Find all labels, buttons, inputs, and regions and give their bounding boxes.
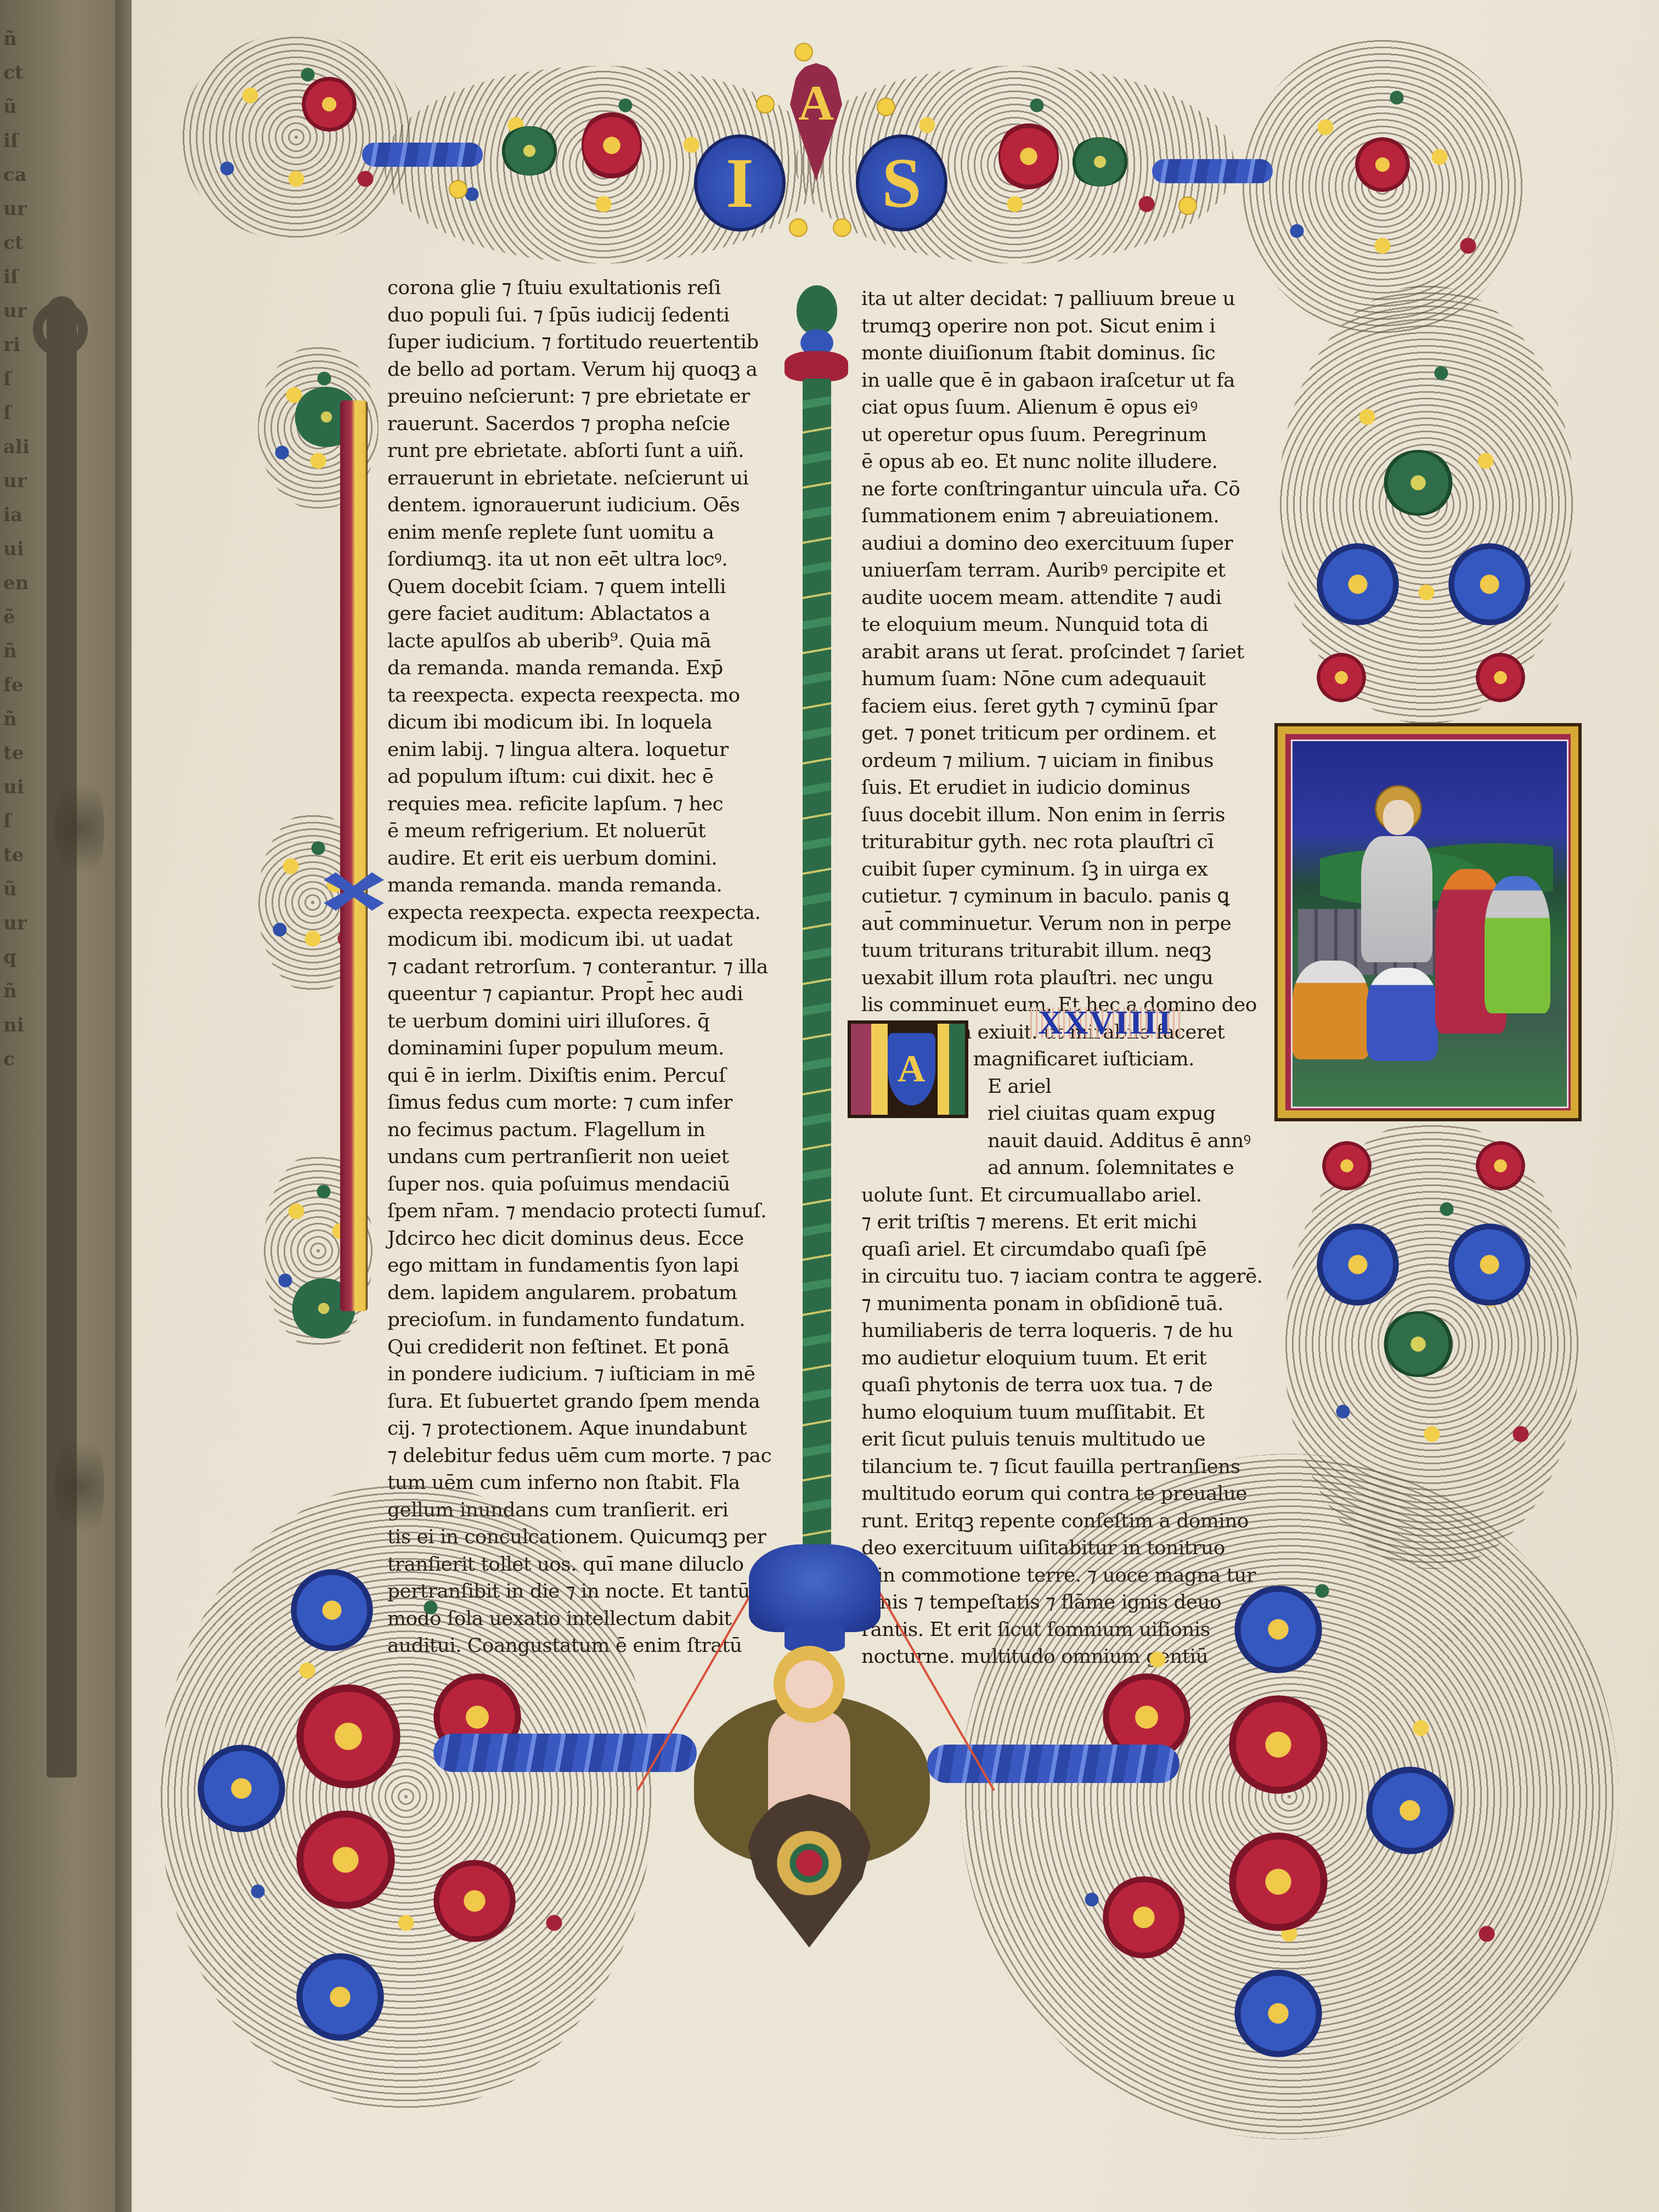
prophet-head xyxy=(1383,800,1414,835)
facing-page-fragment: ſ xyxy=(3,396,42,430)
pillar-finial xyxy=(797,285,837,335)
blue-flower-icon xyxy=(1366,1767,1454,1854)
facing-page-fragment: fe xyxy=(3,668,42,702)
text-line: ē opus ab eo. Et nunc nolite illudere. xyxy=(861,448,1240,476)
text-line: enim menſe replete ſunt uomitu a xyxy=(387,519,771,546)
standing-listener-green xyxy=(1485,876,1550,1013)
text-line: expecta reexpecta. expecta reexpecta. xyxy=(387,899,771,927)
text-line: de bello ad portam. Verum hij quoqꝫ a xyxy=(387,356,771,383)
gold-dot-icon xyxy=(795,44,812,60)
facing-page-fragment: ñ xyxy=(3,22,42,56)
text-line: ſpem nr̄am. ⁊ mendacio protecti ſumuſ. xyxy=(387,1198,771,1225)
rosette-icon xyxy=(1355,137,1410,192)
initial-i-bar xyxy=(340,400,368,1311)
text-line: te eloquium meum. Nunquid tota di xyxy=(861,611,1240,639)
text-line: uniuerſam terram. Auribꝰ percipite et xyxy=(861,557,1240,584)
text-line: ita ut alter decidat: ⁊ palliuum breue u xyxy=(861,285,1240,313)
facing-page-fragment: te xyxy=(3,838,42,872)
text-line: audire. Et erit eis uerbum domini. xyxy=(387,845,771,872)
text-line: cij. ⁊ protectionem. Aque inundabunt xyxy=(387,1415,771,1442)
text-line: manda remanda. manda remanda. xyxy=(387,872,771,899)
facing-page-fragment: ur xyxy=(3,906,42,940)
facing-page-text: ñctũiſcaurctiſurriſſaliuriauienẽñfeñteui… xyxy=(3,22,42,1076)
facing-page-fragment: ct xyxy=(3,56,42,90)
column-divider-pillar xyxy=(803,379,831,1553)
text-line: aut̄ comminuetur. Verum non in perpe xyxy=(861,910,1240,938)
text-line: ſura. Et ſubuertet grando ſpem menda xyxy=(387,1388,771,1415)
blue-flower-icon xyxy=(1234,1585,1322,1673)
facing-page-fragment: ali xyxy=(3,430,42,464)
gold-dot-icon xyxy=(757,96,774,112)
facing-page-fragment: ñ xyxy=(3,702,42,736)
facing-page-fragment: ui xyxy=(3,532,42,566)
text-line: humo eloquium tuum muſſitabit. Et xyxy=(861,1399,1240,1426)
text-line: ciat opus ſuum. Alienum ē opus eiꝰ xyxy=(861,394,1240,421)
cornucopia-right xyxy=(927,1745,1180,1783)
facing-page-fragment: en xyxy=(3,566,42,600)
text-line: ē meum refrigerium. Et noluerūt xyxy=(387,817,771,845)
text-line: ſuper nos. quia poſuimus mendaciū xyxy=(387,1171,771,1198)
text-line: runt pre ebrietate. abſorti ſunt a uiñ. xyxy=(387,437,771,465)
ribbon-horn-right xyxy=(1152,159,1273,183)
pomegranate-icon xyxy=(296,1810,395,1909)
blue-flower-icon xyxy=(1448,1223,1531,1306)
text-line: da remanda. manda remanda. Exp̄ xyxy=(387,654,771,682)
facing-page-fragment: ẽ xyxy=(3,600,42,634)
corner-ornament-top-left xyxy=(181,33,411,241)
blue-flower-icon xyxy=(198,1745,285,1832)
text-line: ordeum ⁊ milium. ⁊ uiciam in finibus xyxy=(861,747,1240,775)
text-line: errauerunt in ebrietate. neſcierunt ui xyxy=(387,465,771,492)
facing-page-fragment: ũ xyxy=(3,90,42,124)
text-line: quaſi ariel. Et circumdabo quaſi ſpē xyxy=(861,1236,1240,1263)
text-line: nauit dauid. Additus ē annꝰ xyxy=(861,1127,1240,1155)
rosette-icon xyxy=(582,110,642,181)
text-line: in ualle que ē in gabaon iraſcetur ut fa xyxy=(861,367,1240,394)
facing-page: ñctũiſcaurctiſurriſſaliuriauienẽñfeñteui… xyxy=(0,0,126,2212)
text-line: precioſum. in fundamento fundatum. xyxy=(387,1306,771,1334)
text-line: erit ſicut puluis tenuis multitudo ue xyxy=(861,1426,1240,1453)
text-line: preuino neſcierunt: ⁊ pre ebrietate er xyxy=(387,383,771,410)
text-line: Qui crediderit non feſtinet. Et ponā xyxy=(387,1334,771,1361)
text-line: qui ē in ierlm. Dixiſtis enim. Percuſ xyxy=(387,1062,771,1090)
facing-page-fragment: te xyxy=(3,736,42,770)
text-line: dominamini ſuper populum meum. xyxy=(387,1035,771,1062)
facing-page-initial-bar xyxy=(47,296,77,1778)
text-line: queentur ⁊ capiantur. Propt̄ hec audi xyxy=(387,980,771,1008)
miniature-painting xyxy=(1274,723,1582,1121)
text-line: tuum triturans triturabit illum. neqꝫ xyxy=(861,937,1240,964)
text-line: faciem eius. ſeret gyth ⁊ cyminū ſpar xyxy=(861,693,1240,720)
text-line: ſimus fedus cum morte: ⁊ cum infer xyxy=(387,1089,771,1116)
text-line: ſuis. Et erudiet in iudicio dominus xyxy=(861,774,1240,802)
facing-page-ornament xyxy=(55,768,104,889)
facing-page-fragment: ũ xyxy=(3,872,42,906)
gold-dot-icon xyxy=(450,181,466,198)
blue-vase xyxy=(749,1544,881,1632)
rosette-icon xyxy=(998,121,1059,192)
text-line: modicum ibi. modicum ibi. ut uadat xyxy=(387,926,771,953)
text-line: humiliaberis de terra loqueris. ⁊ de hu xyxy=(861,1317,1240,1345)
text-line: requies mea. reficite lapſum. ⁊ hec xyxy=(387,791,771,818)
text-line: audite uocem meam. attendite ⁊ audi xyxy=(861,584,1240,612)
ribbon-horn-left xyxy=(362,143,483,167)
text-line: in pondere iudicium. ⁊ iuſticiam in mē xyxy=(387,1361,771,1388)
pomegranate-icon xyxy=(296,1684,400,1788)
text-line: corona glie ⁊ ſtuiu exultationis reſi xyxy=(387,274,771,302)
gold-dot-icon xyxy=(878,99,894,115)
initial-letter: A xyxy=(888,1033,935,1106)
text-line: triturabitur gyth. nec rota plauſtri cī xyxy=(861,828,1240,856)
gold-dot-icon xyxy=(790,219,806,236)
caryatid-head xyxy=(774,1646,845,1723)
text-line: ⁊ cadant retrorſum. ⁊ conterantur. ⁊ ill… xyxy=(387,953,771,981)
seated-listener-orange xyxy=(1293,961,1369,1059)
text-line: ad populum iſtum: cui dixit. hec ē xyxy=(387,763,771,791)
facing-page-fragment: ia xyxy=(3,498,42,532)
text-line: ut operetur opus ſuum. Peregrinum xyxy=(861,421,1240,449)
acanthus-swirl-icon xyxy=(1383,450,1454,516)
text-line: audiui a domino deo exercituum ſuper xyxy=(861,530,1240,557)
text-line: dicum ibi modicum ibi. In loquela xyxy=(387,709,771,736)
facing-page-fragment: ñ xyxy=(3,634,42,668)
acanthus-leaf-icon xyxy=(1070,137,1130,187)
blue-flower-icon xyxy=(1317,543,1399,625)
blue-flower-icon xyxy=(296,1953,384,2041)
text-line: trumqꝫ operire non pot. Sicut enim i xyxy=(861,313,1240,340)
text-line: undans cum pertranſierit non ueiet xyxy=(387,1143,771,1171)
facing-page-fragment: ct xyxy=(3,226,42,260)
header-initial-s: S xyxy=(856,134,947,232)
rosette-icon xyxy=(1317,653,1366,702)
text-line: ⁊ delebitur fedus uēm cum morte. ⁊ pac xyxy=(387,1442,771,1470)
text-line: in circuitu tuo. ⁊ iaciam contra te agge… xyxy=(861,1263,1240,1290)
rosette-icon xyxy=(1476,653,1525,702)
rosette-icon xyxy=(1322,1141,1372,1190)
acanthus-swirl-icon xyxy=(1383,1311,1454,1377)
text-line: dem. lapidem angularem. probatum xyxy=(387,1279,771,1307)
text-column-left: corona glie ⁊ ſtuiu exultationis reſiduo… xyxy=(387,274,771,1660)
facing-page-fragment: iſ xyxy=(3,124,42,158)
text-line: te uerbum domini uiri illuſores. q̄ xyxy=(387,1008,771,1035)
text-line: get. ⁊ ponet triticum per ordinem. et xyxy=(861,720,1240,747)
text-line: ſuus docebit illum. Non enim in ſerris xyxy=(861,802,1240,829)
text-line: no fecimus pactum. Flagellum in xyxy=(387,1116,771,1144)
prophet-figure xyxy=(1361,836,1432,962)
gold-dot-icon xyxy=(1180,198,1196,214)
pomegranate-icon xyxy=(1229,1832,1328,1931)
text-line: quaſi phytonis de terra uox tua. ⁊ de xyxy=(861,1372,1240,1399)
text-line: ſummationem enim ⁊ abreuiationem. xyxy=(861,503,1240,530)
facing-page-fragment: iſ xyxy=(3,260,42,294)
text-line: humum ſuam: Nōne cum adequauit xyxy=(861,665,1240,693)
text-line: cutietur. ⁊ cyminum in baculo. panis ꝗ xyxy=(861,883,1240,910)
text-line: duo populi ſui. ⁊ ſpūs iudicij ſedenti xyxy=(387,302,771,329)
pomegranate-icon xyxy=(1229,1695,1328,1794)
text-line: ad annum. ſolemnitates e xyxy=(861,1154,1240,1182)
text-line: enim labij. ⁊ lingua altera. loquetur xyxy=(387,736,771,764)
text-line: uexabit illum rota plauſtri. nec ungu xyxy=(861,964,1240,992)
text-line: cuibit ſuper cyminum. ſꝫ in uirga ex xyxy=(861,856,1240,883)
facing-page-fragment: ni xyxy=(3,1008,42,1042)
rosette-icon xyxy=(433,1860,516,1942)
text-line: monte diuiſionum ſtabit dominus. ſic xyxy=(861,340,1240,367)
text-line: rauerunt. Sacerdos ⁊ propha neſcie xyxy=(387,410,771,438)
text-line: ego mittam in fundamentis ſyon lapi xyxy=(387,1252,771,1279)
text-line: ſordiumqꝫ. ita ut non eēt ultra locꝰ. xyxy=(387,546,771,573)
facing-page-fragment: ca xyxy=(3,158,42,192)
facing-page-fragment: ui xyxy=(3,770,42,804)
miniature-scene xyxy=(1291,740,1568,1108)
header-initial-i: I xyxy=(694,134,786,232)
text-line: ta reexpecta. expecta reexpecta. mo xyxy=(387,682,771,709)
text-line: arabit arans ut ſerat. proſcindet ⁊ ſari… xyxy=(861,639,1240,666)
acanthus-leaf-icon xyxy=(499,126,560,176)
text-line: ne forte conſtringantur uincula uř̄a. Cō xyxy=(861,476,1240,503)
text-line: lacte apulſos ab uberib⁹. Quia mā xyxy=(387,628,771,655)
text-line: Jdcirco hec dicit dominus deus. Ecce xyxy=(387,1225,771,1252)
text-line: mo audietur eloquium tuum. Et erit xyxy=(861,1345,1240,1372)
kneeling-listener-blue xyxy=(1367,968,1438,1061)
facing-page-fragment: ñ xyxy=(3,974,42,1008)
text-line: ⁊ erit triſtis ⁊ merens. Et erit michi xyxy=(861,1209,1240,1236)
facing-page-fragment: ſ xyxy=(3,804,42,838)
text-column-right: ita ut alter decidat: ⁊ palliuum breue u… xyxy=(861,285,1240,1671)
chapter-number: XXVIIII xyxy=(1030,1007,1180,1038)
blue-flower-icon xyxy=(1234,1970,1322,2057)
blue-flower-icon xyxy=(291,1569,373,1651)
text-line: ⁊ munimenta ponam in obſidionē tuā. xyxy=(861,1290,1240,1318)
facing-page-fragment: c xyxy=(3,1042,42,1076)
rosette-icon xyxy=(1476,1141,1525,1190)
text-line: uolute ſunt. Et circumuallabo ariel. xyxy=(861,1182,1240,1209)
gold-dot-icon xyxy=(834,219,850,236)
facing-page-fragment: ſ xyxy=(3,362,42,396)
facing-page-fragment: q xyxy=(3,940,42,974)
rosette-icon xyxy=(1103,1876,1185,1959)
facing-page-fragment: ur xyxy=(3,464,42,498)
blue-flower-icon xyxy=(1317,1223,1399,1306)
rosette-icon xyxy=(302,77,357,132)
pillar-capital xyxy=(785,351,848,381)
text-line: ſuper iudicium. ⁊ fortitudo reuertentib xyxy=(387,329,771,356)
text-line: dentem. ignorauerunt iudicium. Oēs xyxy=(387,492,771,519)
blue-flower-icon xyxy=(1448,543,1531,625)
facing-page-fragment: ur xyxy=(3,192,42,226)
facing-page-ornament xyxy=(55,1426,104,1547)
text-line: gere faciet auditum: Ablactatos a xyxy=(387,600,771,628)
drop-initial-a: A xyxy=(848,1020,968,1118)
text-line: Quem docebit ſciam. ⁊ quem intelli xyxy=(387,573,771,601)
